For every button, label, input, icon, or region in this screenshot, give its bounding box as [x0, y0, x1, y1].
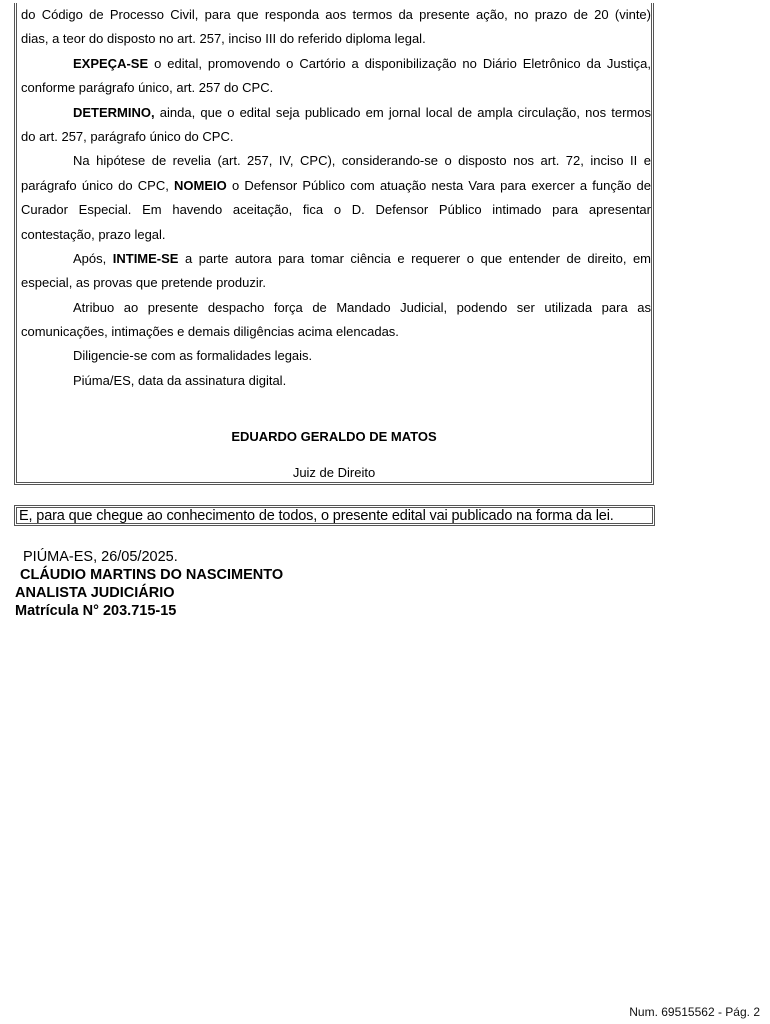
text-line: DETERMINO, ainda, que o edital seja publ…: [21, 101, 651, 125]
text-span: parágrafo único do CPC,: [21, 178, 174, 193]
text-span: o edital, promovendo o Cartório a dispon…: [148, 56, 651, 71]
text-line: comunicações, intimações e demais diligê…: [21, 320, 651, 344]
text-line: Curador Especial. Em havendo aceitação, …: [21, 198, 651, 222]
bold-term: INTIME-SE: [113, 251, 179, 266]
despacho-box: do Código de Processo Civil, para que re…: [14, 3, 654, 485]
text-line: do art. 257, parágrafo único do CPC.: [21, 125, 651, 149]
judge-name: EDUARDO GERALDO DE MATOS: [17, 429, 651, 444]
place-date: PIÚMA-ES, 26/05/2025.: [23, 548, 178, 566]
text-line: Após, INTIME-SE a parte autora para toma…: [21, 247, 651, 271]
text-line: Piúma/ES, data da assinatura digital.: [21, 369, 651, 393]
text-span: ainda, que o edital seja publicado em jo…: [155, 105, 651, 120]
text-line: conforme parágrafo único, art. 257 do CP…: [21, 76, 651, 100]
signer-name: CLÁUDIO MARTINS DO NASCIMENTO: [20, 566, 283, 584]
text-span: a parte autora para tomar ciência e requ…: [178, 251, 651, 266]
text-line: contestação, prazo legal.: [21, 223, 651, 247]
page-number: Num. 69515562 - Pág. 2: [629, 1005, 760, 1019]
closing-statement: E, para que chegue ao conhecimento de to…: [19, 508, 614, 524]
judge-role: Juiz de Direito: [17, 465, 651, 480]
text-line: especial, as provas que pretende produzi…: [21, 271, 651, 295]
text-line: do Código de Processo Civil, para que re…: [21, 3, 651, 27]
bold-term: NOMEIO: [174, 178, 227, 193]
registration-number: Matrícula N° 203.715-15: [15, 602, 176, 620]
text-line: EXPEÇA-SE o edital, promovendo o Cartóri…: [21, 52, 651, 76]
closing-statement-box: E, para que chegue ao conhecimento de to…: [14, 505, 655, 526]
despacho-text: do Código de Processo Civil, para que re…: [21, 3, 651, 393]
text-span: o Defensor Público com atuação nesta Var…: [227, 178, 651, 193]
signer-role: ANALISTA JUDICIÁRIO: [15, 584, 175, 602]
bold-term: DETERMINO,: [73, 105, 155, 120]
text-line: Atribuo ao presente despacho força de Ma…: [21, 296, 651, 320]
bold-term: EXPEÇA-SE: [73, 56, 148, 71]
text-line: dias, a teor do disposto no art. 257, in…: [21, 27, 651, 51]
text-line: Diligencie-se com as formalidades legais…: [21, 344, 651, 368]
text-line: Na hipótese de revelia (art. 257, IV, CP…: [21, 149, 651, 173]
text-span: Após,: [73, 251, 113, 266]
text-line: parágrafo único do CPC, NOMEIO o Defenso…: [21, 174, 651, 198]
